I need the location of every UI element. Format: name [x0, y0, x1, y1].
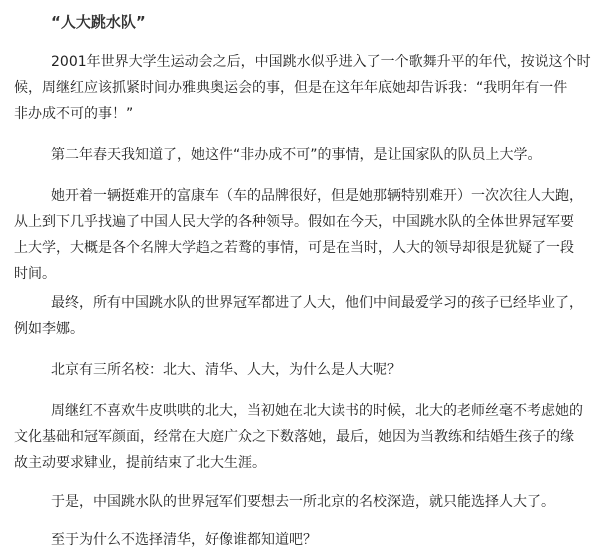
paragraph-line: 第二年春天我知道了，她这件“非办成不可”的事情，是让国家队的队员上大学。	[51, 146, 542, 164]
paragraph-line: 最终，所有中国跳水队的世界冠军都进了人大，他们中间最爱学习的孩子已经毕业了，	[51, 294, 583, 312]
paragraph-line: 非办成不可的事！”	[14, 105, 133, 123]
paragraph-line: 候，周继红应该抓紧时间办雅典奥运会的事，但是在这年年底她却告诉我：“我明年有一件	[14, 79, 567, 97]
paragraph-line: 2001年世界大学生运动会之后，中国跳水似乎进入了一个歌舞升平的年代，按说这个时	[51, 53, 591, 71]
paragraph-line: 北京有三所名校：北大、清华、人大，为什么是人大呢？	[51, 361, 401, 379]
paragraph-line: 文化基础和冠军颜面，经常在大庭广众之下数落她，最后，她因为当教练和结婚生孩子的缘	[14, 428, 574, 446]
paragraph-line: 例如李娜。	[14, 320, 84, 338]
paragraph-line: 于是，中国跳水队的世界冠军们要想去一所北京的名校深造，就只能选择人大了。	[51, 493, 555, 511]
paragraph-line: 周继红不喜欢牛皮哄哄的北大，当初她在北大读书的时候，北大的老师丝毫不考虑她的	[51, 402, 583, 420]
paragraph-line: 她开着一辆挺难开的富康车（车的品牌很好，但是她那辆特别难开）一次次往人大跑，	[51, 187, 583, 205]
paragraph-line: 至于为什么不选择清华，好像谁都知道吧？	[51, 531, 317, 549]
paragraph-line: 上大学，大概是各个名牌大学趋之若鹜的事情，可是在当时，人大的领导却很是犹疑了一段	[14, 239, 574, 257]
article-heading: “人大跳水队”	[51, 12, 146, 32]
paragraph-line: 时间。	[14, 265, 56, 283]
paragraph-line: 故主动要求肄业，提前结束了北大生涯。	[14, 454, 266, 472]
paragraph-line: 从上到下几乎找遍了中国人民大学的各种领导。假如在今天，中国跳水队的全体世界冠军要	[14, 213, 574, 231]
